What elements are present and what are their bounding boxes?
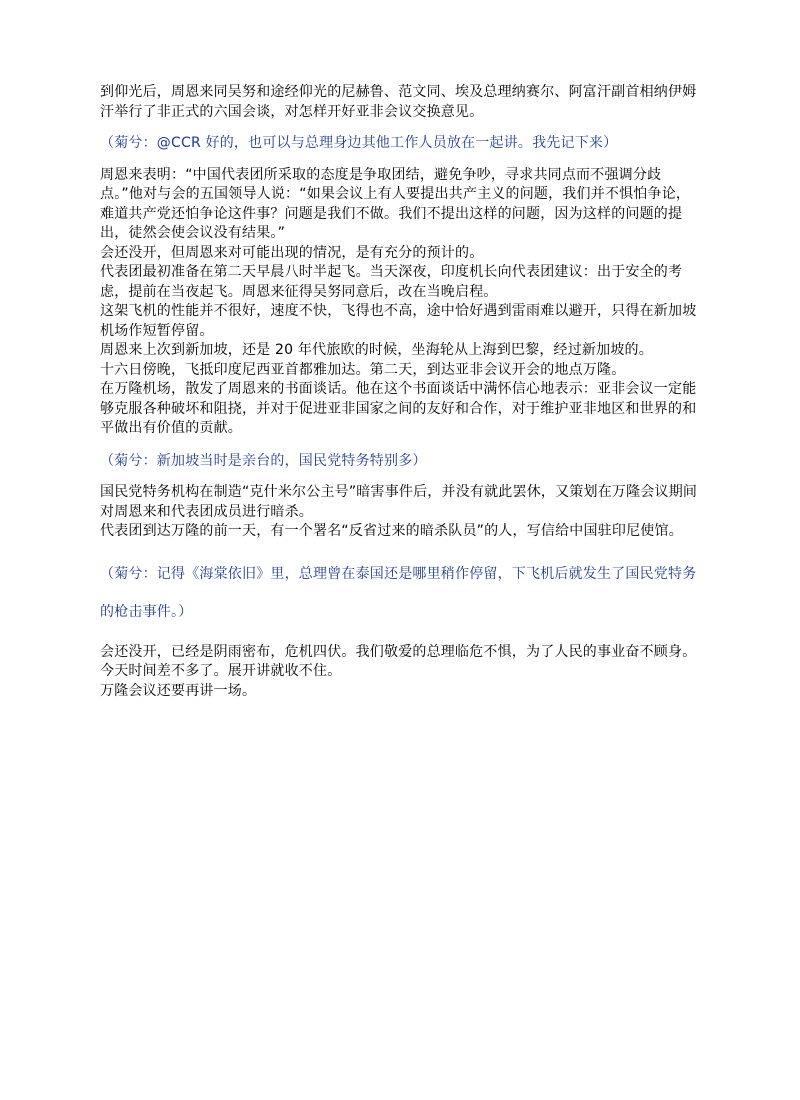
paragraph: 这架飞机的性能并不很好，速度不快，飞得也不高，途中恰好遇到雷雨难以避开，只得在新… xyxy=(100,302,700,341)
paragraph: 十六日傍晚，飞抵印度尼西亚首都雅加达。第二天，到达亚非会议开会的地点万隆。 xyxy=(100,361,700,381)
comment-annotation: （菊兮：@CCR 好的，也可以与总理身边其他工作人员放在一起讲。我先记下来） xyxy=(100,134,700,154)
paragraph: 国民党特务机构在制造“克什米尔公主号”暗害事件后，并没有就此罢休，又策划在万隆会… xyxy=(100,483,700,522)
paragraph: 会还没开，已经是阴雨密布，危机四伏。我们敬爱的总理临危不惧，为了人民的事业奋不顾… xyxy=(100,643,700,663)
comment-annotation: （菊兮：新加坡当时是亲台的，国民党特务特别多） xyxy=(100,452,700,472)
paragraph: 代表团最初准备在第二天早晨八时半起飞。当天深夜，印度机长向代表团建议：出于安全的… xyxy=(100,263,700,302)
paragraph: 周恩来表明：“中国代表团所采取的态度是争取团结，避免争吵，寻求共同点而不强调分歧… xyxy=(100,166,700,244)
paragraph: 代表团到达万隆的前一天，有一个署名“反省过来的暗杀队员”的人，写信给中国驻印尼使… xyxy=(100,522,700,542)
paragraph: 万隆会议还要再讲一场。 xyxy=(100,682,700,702)
paragraph: 周恩来上次到新加坡，还是 20 年代旅欧的时候，坐海轮从上海到巴黎，经过新加坡的… xyxy=(100,341,700,361)
paragraph: 到仰光后，周恩来同吴努和途经仰光的尼赫鲁、范文同、埃及总理纳赛尔、阿富汗副首相纳… xyxy=(100,83,700,122)
paragraph: 在万隆机场，散发了周恩来的书面谈话。他在这个书面谈话中满怀信心地表示：亚非会议一… xyxy=(100,380,700,439)
paragraph: 会还没开，但周恩来对可能出现的情况，是有充分的预计的。 xyxy=(100,244,700,264)
paragraph: 今天时间差不多了。展开讲就收不住。 xyxy=(100,662,700,682)
comment-annotation: （菊兮：记得《海棠依旧》里，总理曾在泰国还是哪里稍作停留，下飞机后就发生了国民党… xyxy=(100,555,700,631)
document-page: 到仰光后，周恩来同吴努和途经仰光的尼赫鲁、范文同、埃及总理纳赛尔、阿富汗副首相纳… xyxy=(100,83,700,701)
